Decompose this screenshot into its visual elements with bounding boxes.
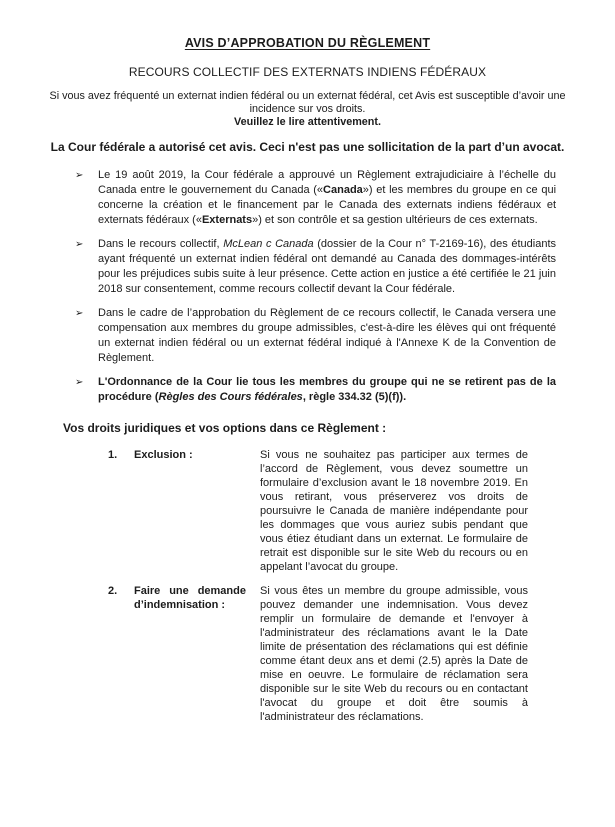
bullet-text: L'Ordonnance de la Cour lie tous les mem… — [98, 375, 556, 405]
bullet-segment-bold: , règle 334.32 (5)(f)). — [303, 391, 406, 403]
bullet-item-settlement-approved: ➢ Le 19 août 2019, la Cour fédérale a ap… — [0, 168, 615, 228]
bullet-arrow-icon: ➢ — [75, 237, 98, 297]
bullet-arrow-icon: ➢ — [75, 168, 98, 228]
rights-options-list: 1. Exclusion : Si vous ne souhaitez pas … — [0, 448, 615, 724]
bullet-segment-bold-italic: Règles des Cours fédérales — [159, 391, 303, 403]
bullet-arrow-icon: ➢ — [75, 306, 98, 366]
bullet-item-court-order: ➢ L'Ordonnance de la Cour lie tous les m… — [0, 375, 615, 405]
notice-title-text: AVIS D’APPROBATION DU RÈGLEMENT — [185, 36, 430, 50]
bullet-arrow-icon: ➢ — [75, 375, 98, 405]
item-number: 1. — [108, 448, 134, 574]
bullet-segment: Dans le cadre de l’approbation du Règlem… — [98, 307, 556, 364]
intro-paragraph: Si vous avez fréquenté un externat indie… — [34, 90, 582, 129]
bullet-segment-bold: Canada — [323, 184, 363, 196]
bullet-text: Dans le recours collectif, McLean c Cana… — [98, 237, 556, 297]
item-label: Exclusion : — [134, 448, 246, 574]
rights-item-claim: 2. Faire une demande d’indemnisation : S… — [0, 584, 615, 724]
rights-item-exclusion: 1. Exclusion : Si vous ne souhaitez pas … — [0, 448, 615, 574]
document-page: AVIS D’APPROBATION DU RÈGLEMENT RECOURS … — [0, 0, 615, 827]
bullet-item-compensation: ➢ Dans le cadre de l’approbation du Règl… — [0, 306, 615, 366]
item-description: Si vous ne souhaitez pas participer aux … — [260, 448, 528, 574]
court-authorization-line: La Cour fédérale a autorisé cet avis. Ce… — [0, 140, 615, 154]
item-number: 2. — [108, 584, 134, 724]
item-description: Si vous êtes un membre du groupe admissi… — [260, 584, 528, 724]
item-label: Faire une demande d’indemnisation : — [134, 584, 246, 724]
notice-title: AVIS D’APPROBATION DU RÈGLEMENT — [0, 0, 615, 50]
bullet-segment: Dans le recours collectif, — [98, 238, 223, 250]
bullet-list: ➢ Le 19 août 2019, la Cour fédérale a ap… — [0, 168, 615, 405]
bullet-text: Le 19 août 2019, la Cour fédérale a appr… — [98, 168, 556, 228]
bullet-text: Dans le cadre de l’approbation du Règlem… — [98, 306, 556, 366]
bullet-segment-bold: Externats — [202, 214, 252, 226]
notice-subtitle: RECOURS COLLECTIF DES EXTERNATS INDIENS … — [0, 65, 615, 79]
bullet-segment: ») et son contrôle et sa gestion ultérie… — [252, 214, 538, 226]
rights-section-heading: Vos droits juridiques et vos options dan… — [63, 421, 615, 435]
bullet-segment-italic: McLean c Canada — [223, 238, 313, 250]
intro-text: Si vous avez fréquenté un externat indie… — [50, 90, 566, 115]
bullet-item-class-action: ➢ Dans le recours collectif, McLean c Ca… — [0, 237, 615, 297]
intro-emphasis: Veuillez le lire attentivement. — [34, 116, 582, 129]
